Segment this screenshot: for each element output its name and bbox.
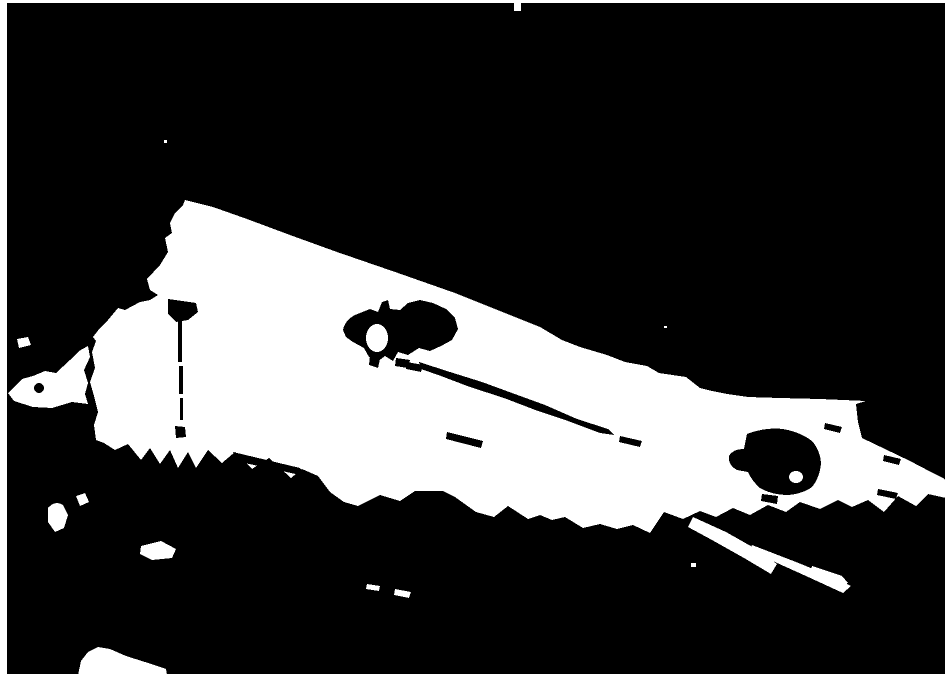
crack-line-3	[180, 398, 183, 420]
top-edge-notch	[514, 3, 521, 11]
crack-line-2	[179, 366, 183, 394]
crack-line-1	[178, 320, 182, 362]
binary-mask-figure	[0, 0, 950, 679]
wheel-highlight	[789, 471, 803, 483]
mask-canvas	[0, 0, 950, 679]
arrow-dot-hole	[34, 383, 44, 393]
crack-bottom-dot	[175, 426, 186, 438]
dot-upper-left	[164, 140, 167, 143]
animal-eye-highlight	[366, 324, 388, 352]
speck-sky	[664, 326, 667, 328]
speck-under-mass	[691, 563, 696, 567]
